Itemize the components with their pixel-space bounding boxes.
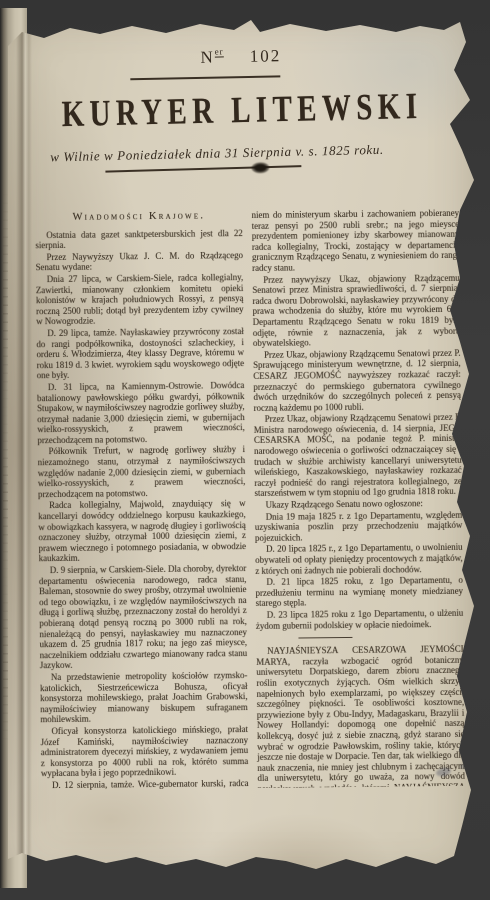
newspaper-page: Ner102 KURYER LITEWSKI w Wilnie w Ponied…	[8, 12, 476, 880]
article-paragraph: D. 12 sierpnia, tamże. Wice-gubernator k…	[41, 778, 249, 790]
article-paragraph: Półkownik Trefurt, w nagrodę gorliwey sł…	[37, 445, 245, 500]
article-paragraph: NAYJAŚNIEYSZA CESARZOWA JEYMOŚCI MARYA, …	[256, 644, 465, 790]
dateline: w Wilnie w Poniedziałek dnia 31 Sierpnia…	[0, 140, 451, 167]
left-column: Wiadomości Krajowe. Ostatnia data gazet …	[35, 210, 249, 790]
issue-prefix: N	[200, 48, 215, 67]
right-column: niem do ministeryum skarbu i zachowaniem…	[251, 208, 465, 788]
issue-superscript: er	[215, 46, 224, 57]
article-paragraph: Na przedstawienie metropolity kościołów …	[40, 670, 248, 725]
article-paragraph: Dnia 27 lipca, w Carskiem-Siele, radca k…	[36, 272, 244, 327]
dateline-rule	[105, 165, 301, 172]
article-paragraph-continuation: niem do ministeryum skarbu i zachowaniem…	[251, 208, 459, 274]
article-paragraph: Przez Ukaz, objawiony Rządzącemu Senatow…	[254, 412, 462, 499]
newspaper-title: KURYER LITEWSKI	[59, 85, 425, 136]
article-paragraph: Radca kollegialny, Majwold, znayduiący s…	[38, 498, 246, 564]
article-paragraph: Przez naywyższy Ukaz, objawiony Rządzące…	[252, 272, 460, 348]
ink-blot	[251, 162, 269, 173]
article-paragraph: D. 9 sierpnia, w Carskiem-Siele. Dla cho…	[39, 563, 248, 671]
article-paragraph: Dnia 19 maja 1825 r. z 1go Departamentu,…	[255, 509, 463, 543]
issue-number-value: 102	[250, 46, 282, 66]
article-paragraph: D. 31 lipca, na Kamiennym-Ostrowie. Dowó…	[37, 380, 245, 446]
ink-smudge	[460, 764, 467, 769]
article-paragraph: Oficyał konsystorza katolickiego mińskie…	[40, 724, 248, 779]
masthead-rule	[130, 75, 280, 80]
scan-background: Ner102 KURYER LITEWSKI w Wilnie w Ponied…	[0, 0, 490, 900]
article-body: Wiadomości Krajowe. Ostatnia data gazet …	[35, 208, 465, 790]
article-paragraph: Ukazy Rządzącego Senatu nowo ogłoszone:	[255, 498, 463, 511]
article-paragraph: D. 23 lipca 1825 roku z 1go Departamentu…	[256, 608, 464, 631]
article-paragraph: Przez Naywyższy Ukaz J. C. M. do Rządząc…	[35, 250, 243, 273]
article-paragraph: Ostatnia data gazet sanktpetersburskich …	[35, 228, 243, 251]
section-heading-wiadomosci-krajowe: Wiadomości Krajowe.	[35, 211, 243, 224]
masthead: Ner102 KURYER LITEWSKI w Wilnie w Ponied…	[7, 41, 478, 174]
article-paragraph: D. 21 lipca 1825 roku, z 1go Departament…	[255, 575, 463, 609]
article-paragraph: D. 20 lipca 1825 r., z 1go Departamentu,…	[255, 542, 463, 576]
section-divider	[299, 637, 353, 639]
article-paragraph: D. 29 lipca, tamże. Nayłaskawiey przywró…	[36, 326, 244, 381]
article-paragraph: Przez Ukaz, objawiony Rządzącemu Senatow…	[253, 348, 461, 414]
issue-number: Ner102	[7, 41, 475, 73]
